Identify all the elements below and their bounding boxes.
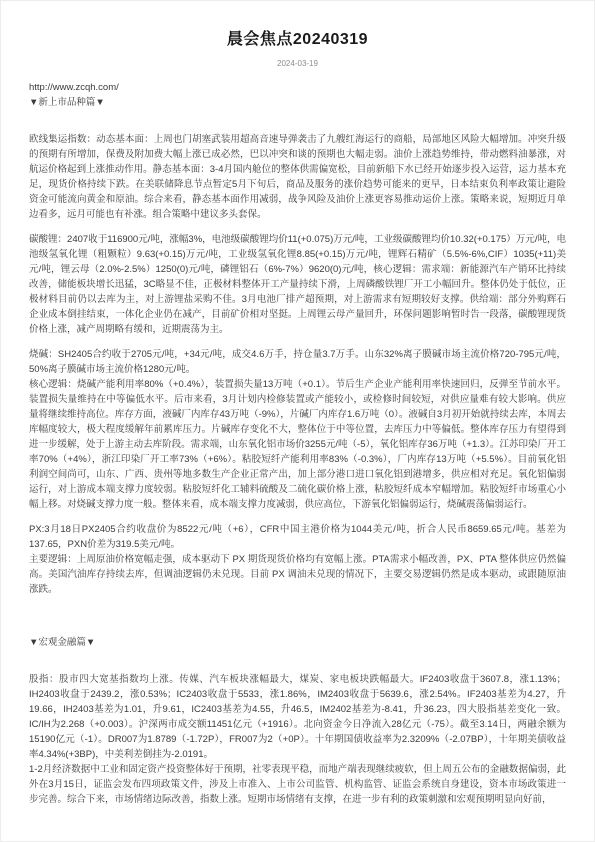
page-date: 2024-03-19 [1, 59, 594, 68]
section-macro-finance: ▼宏观金融篇▼ 股指：股市四大宽基指数均上涨。传媒、汽车板块涨幅最大，煤炭、家电… [29, 635, 566, 807]
section-header-macro-finance: ▼宏观金融篇▼ [29, 635, 566, 650]
page-title: 晨会焦点20240319 [1, 1, 594, 49]
text-block: 1-2月经济数据中工业和固定资产投资整体好于预期，社零表现平稳，而地产端表现继续… [29, 762, 566, 807]
document-body: http://www.zcqh.com/ ▼新上市品种篇▼ 欧线集运指数：动态基… [29, 80, 566, 807]
text-block: 烧碱：SH2405合约收于2705元/吨，+34元/吨，成交4.6万手，持仓量3… [29, 347, 566, 377]
paragraph-eu-shipping-index: 欧线集运指数：动态基本面：上周也门胡塞武装用超高音速导弹袭击了九艘红海运行的商船… [29, 132, 566, 222]
text-block: 主要逻辑：上周原油价格宽幅走强，成本驱动下 PX 期货现货价格均有宽幅上涨。PT… [29, 552, 566, 597]
text-block: 核心逻辑：烧碱产能利用率80%（+0.4%），装置损失量13万吨（+0.1）。节… [29, 377, 566, 512]
section-header-new-listings: ▼新上市品种篇▼ [29, 95, 566, 110]
paragraph-stock-index: 股指：股市四大宽基指数均上涨。传媒、汽车板块涨幅最大，煤炭、家电板块跌幅最大。I… [29, 672, 566, 807]
text-block: PX:3月18日PX2405合约收盘价为8522元/吨（+6），CFR中国主港价… [29, 522, 566, 552]
text-block: 股指：股市四大宽基指数均上涨。传媒、汽车板块涨幅最大，煤炭、家电板块跌幅最大。I… [29, 672, 566, 762]
source-url: http://www.zcqh.com/ [29, 80, 566, 95]
text-block: 欧线集运指数：动态基本面：上周也门胡塞武装用超高音速导弹袭击了九艘红海运行的商船… [29, 132, 566, 222]
document-page: 晨会焦点20240319 2024-03-19 http://www.zcqh.… [0, 0, 595, 842]
paragraph-lithium-carbonate: 碳酸锂：2407收于116900元/吨，涨幅3%，电池级碳酸锂均价11(+0.0… [29, 232, 566, 337]
section-new-listings: ▼新上市品种篇▼ 欧线集运指数：动态基本面：上周也门胡塞武装用超高音速导弹袭击了… [29, 95, 566, 597]
paragraph-caustic-soda: 烧碱：SH2405合约收于2705元/吨，+34元/吨，成交4.6万手，持仓量3… [29, 347, 566, 512]
text-block: 碳酸锂：2407收于116900元/吨，涨幅3%，电池级碳酸锂均价11(+0.0… [29, 232, 566, 337]
paragraph-px: PX:3月18日PX2405合约收盘价为8522元/吨（+6），CFR中国主港价… [29, 522, 566, 597]
